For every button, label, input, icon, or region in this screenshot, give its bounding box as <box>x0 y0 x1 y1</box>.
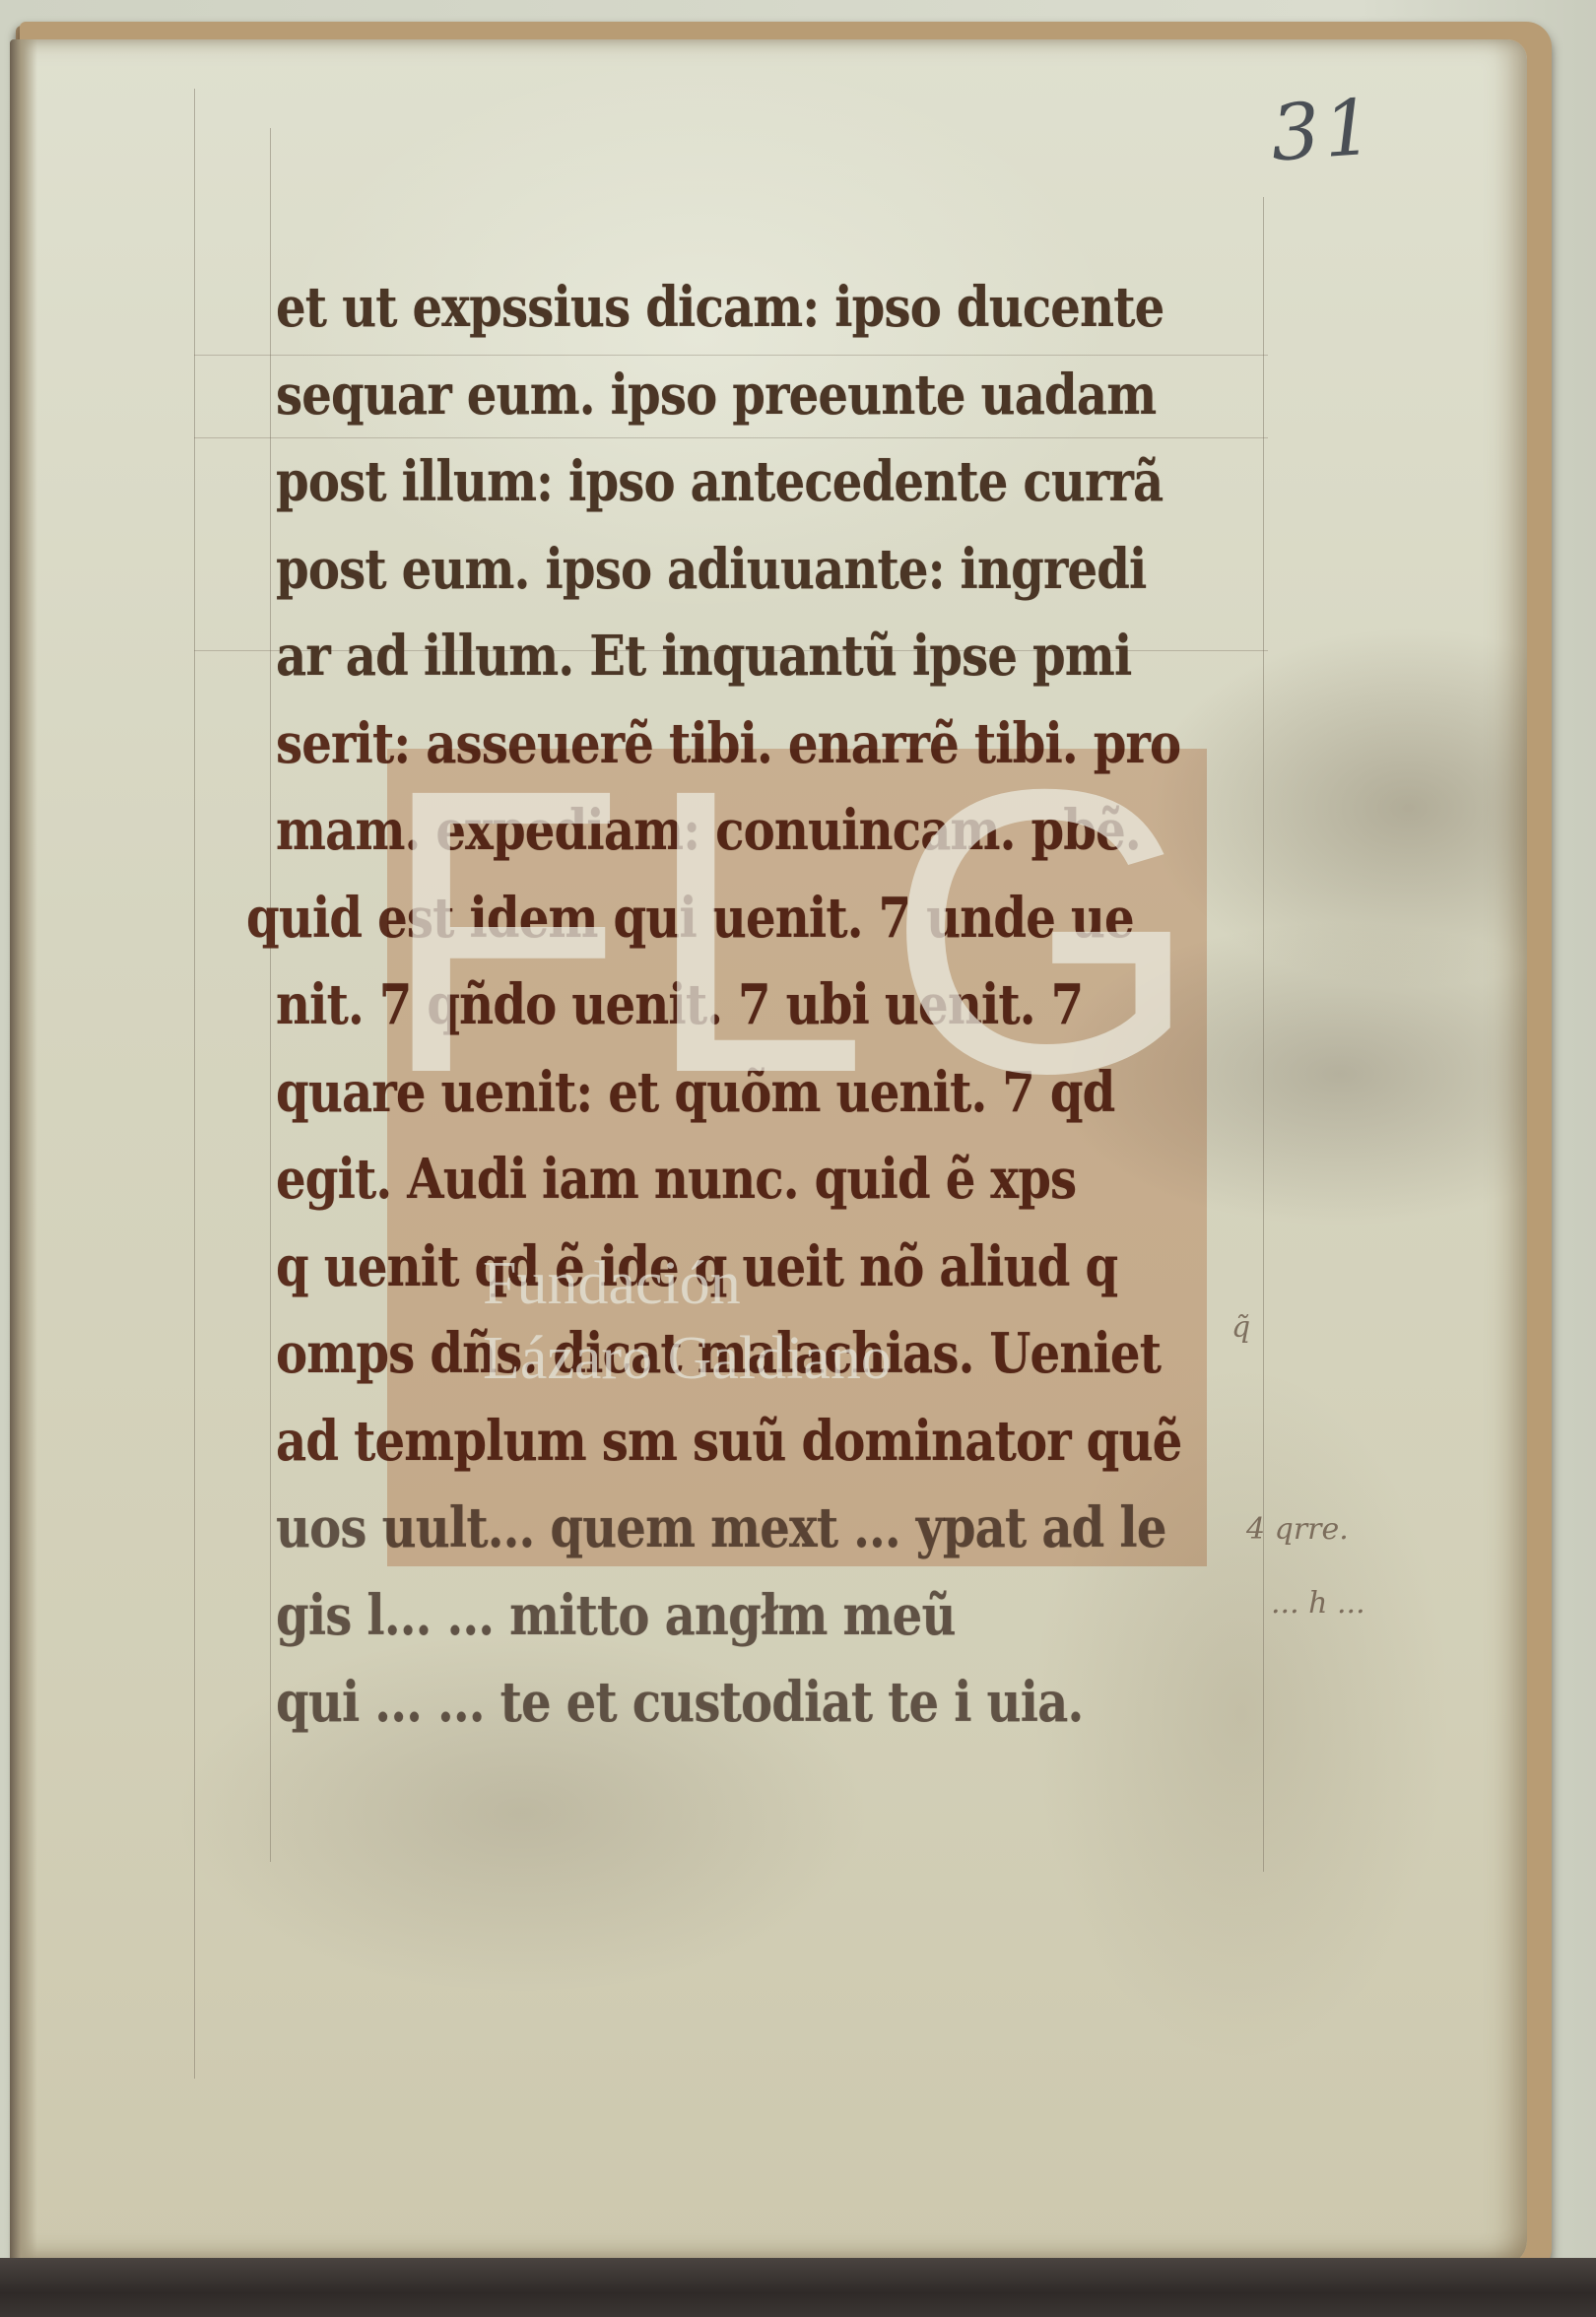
folio-number: 31 <box>1268 83 1379 178</box>
text-line: post illum: ipso antecedente currã <box>276 438 1123 526</box>
marginal-note: q̃ <box>1231 1310 1250 1345</box>
text-line: sequar eum. ipso preeunte uadam <box>276 352 1123 439</box>
text-line: et ut expssius dicam: ipso ducente <box>276 264 1123 352</box>
watermark-text-line: Lázaro Galdiano <box>483 1328 892 1389</box>
text-line: qui ... ... te et custodiat te i uia. <box>276 1659 1123 1747</box>
text-line: ar ad illum. Et inquantũ ipse pmi <box>276 613 1123 700</box>
watermark-text-line: Fundación <box>483 1253 741 1314</box>
manuscript-photo: 31 et ut expssius dicam: ipso ducente se… <box>0 0 1596 2317</box>
watermark-monogram: FLG <box>379 749 1246 1113</box>
marginal-note: ... h ... <box>1271 1586 1365 1621</box>
binding-shadow <box>0 2258 1596 2317</box>
binding-gutter <box>10 39 37 2266</box>
ruling-line-vertical <box>270 128 271 1862</box>
text-line: post eum. ipso adiuuante: ingredi <box>276 526 1123 614</box>
text-line: gis l... ... mitto angłm meũ <box>276 1572 1123 1660</box>
marginal-note: 4 qrre. <box>1246 1512 1349 1547</box>
ruling-line-vertical <box>194 89 195 2079</box>
ruling-line-vertical <box>1263 197 1264 1872</box>
